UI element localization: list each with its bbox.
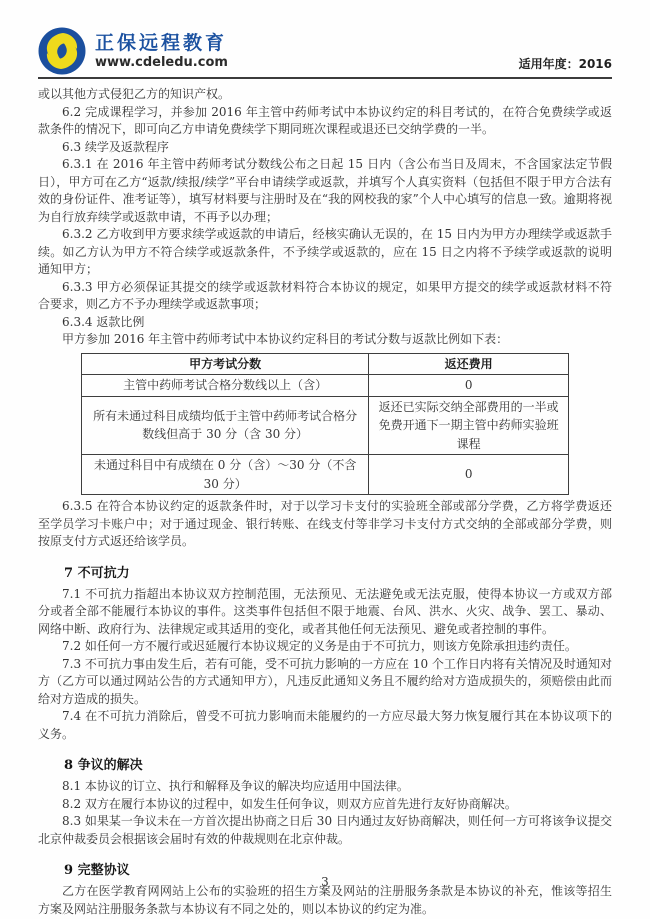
table-cell: 未通过科目中有成绩在 0 分（含）～30 分（不含 30 分） (82, 455, 369, 495)
table-cell: 返还已实际交纳全部费用的一半或免费开通下一期主管中药师实验班课程 (369, 396, 569, 455)
table-row: 未通过科目中有成绩在 0 分（含）～30 分（不含 30 分） 0 (82, 455, 569, 495)
paragraph: 8.3 如果某一争议未在一方首次提出协商之日后 30 日内通过友好协商解决，则任… (38, 813, 612, 848)
paragraph: 7.1 不可抗力指超出本协议双方控制范围，无法预见、无法避免或无法克服，使得本协… (38, 586, 612, 639)
section-heading: 8 争议的解决 (38, 757, 612, 775)
paragraph: 或以其他方式侵犯乙方的知识产权。 (38, 86, 612, 104)
table-cell: 主管中药师考试合格分数线以上（含） (82, 375, 369, 397)
page-header: 正保远程教育 www.cdeledu.com 适用年度：2016 (0, 0, 650, 75)
document-page: 正保远程教育 www.cdeledu.com 适用年度：2016 或以其他方式侵… (0, 0, 650, 919)
paragraph: 6.3.2 乙方收到甲方要求续学或返款的申请后，经核实确认无误的，在 15 日内… (38, 226, 612, 279)
table-row: 所有未通过科目成绩均低于主管中药师考试合格分数线但高于 30 分（含 30 分）… (82, 396, 569, 455)
brand-name: 正保远程教育 (95, 31, 228, 55)
paragraph: 6.3 续学及返款程序 (38, 139, 612, 157)
table-cell: 0 (369, 455, 569, 495)
brand-url: www.cdeledu.com (95, 55, 228, 71)
applicable-year-label: 适用年度：2016 (519, 55, 612, 75)
refund-table: 甲方考试分数 返还费用 主管中药师考试合格分数线以上（含） 0 所有未通过科目成… (81, 353, 569, 496)
brand-block: 正保远程教育 www.cdeledu.com (38, 27, 228, 75)
paragraph: 6.3.5 在符合本协议约定的返款条件时，对于以学习卡支付的实验班全部或部分学费… (38, 498, 612, 551)
brand-text: 正保远程教育 www.cdeledu.com (95, 31, 228, 71)
paragraph: 6.3.3 甲方必须保证其提交的续学或返款材料符合本协议的规定，如果甲方提交的续… (38, 279, 612, 314)
table-header-row: 甲方考试分数 返还费用 (82, 353, 569, 375)
table-cell: 所有未通过科目成绩均低于主管中药师考试合格分数线但高于 30 分（含 30 分） (82, 396, 369, 455)
paragraph: 7.3 不可抗力事由发生后，若有可能，受不可抗力影响的一方应在 10 个工作日内… (38, 656, 612, 709)
table-cell: 0 (369, 375, 569, 397)
paragraph: 8.1 本协议的订立、执行和解释及争议的解决均应适用中国法律。 (38, 778, 612, 796)
paragraph: 8.2 双方在履行本协议的过程中，如发生任何争议，则双方应首先进行友好协商解决。 (38, 796, 612, 814)
table-header-cell: 返还费用 (369, 353, 569, 375)
paragraph: 甲方参加 2016 年主管中药师考试中本协议约定科目的考试分数与返款比例如下表： (38, 331, 612, 349)
document-body: 或以其他方式侵犯乙方的知识产权。 6.2 完成课程学习，并参加 2016 年主管… (0, 79, 650, 918)
table-row: 主管中药师考试合格分数线以上（含） 0 (82, 375, 569, 397)
paragraph: 6.2 完成课程学习，并参加 2016 年主管中药师考试中本协议约定的科目考试的… (38, 104, 612, 139)
brand-logo-icon (38, 27, 86, 75)
paragraph: 7.2 如任何一方不履行或迟延履行本协议规定的义务是由于不可抗力，则该方免除承担… (38, 638, 612, 656)
page-number: 3 (0, 875, 650, 889)
table-header-cell: 甲方考试分数 (82, 353, 369, 375)
paragraph: 6.3.4 返款比例 (38, 314, 612, 332)
section-heading: 7 不可抗力 (38, 565, 612, 583)
paragraph: 7.4 在不可抗力消除后，曾受不可抗力影响而未能履约的一方应尽最大努力恢复履行其… (38, 708, 612, 743)
paragraph: 6.3.1 在 2016 年主管中药师考试分数线公布之日起 15 日内（含公布当… (38, 156, 612, 226)
